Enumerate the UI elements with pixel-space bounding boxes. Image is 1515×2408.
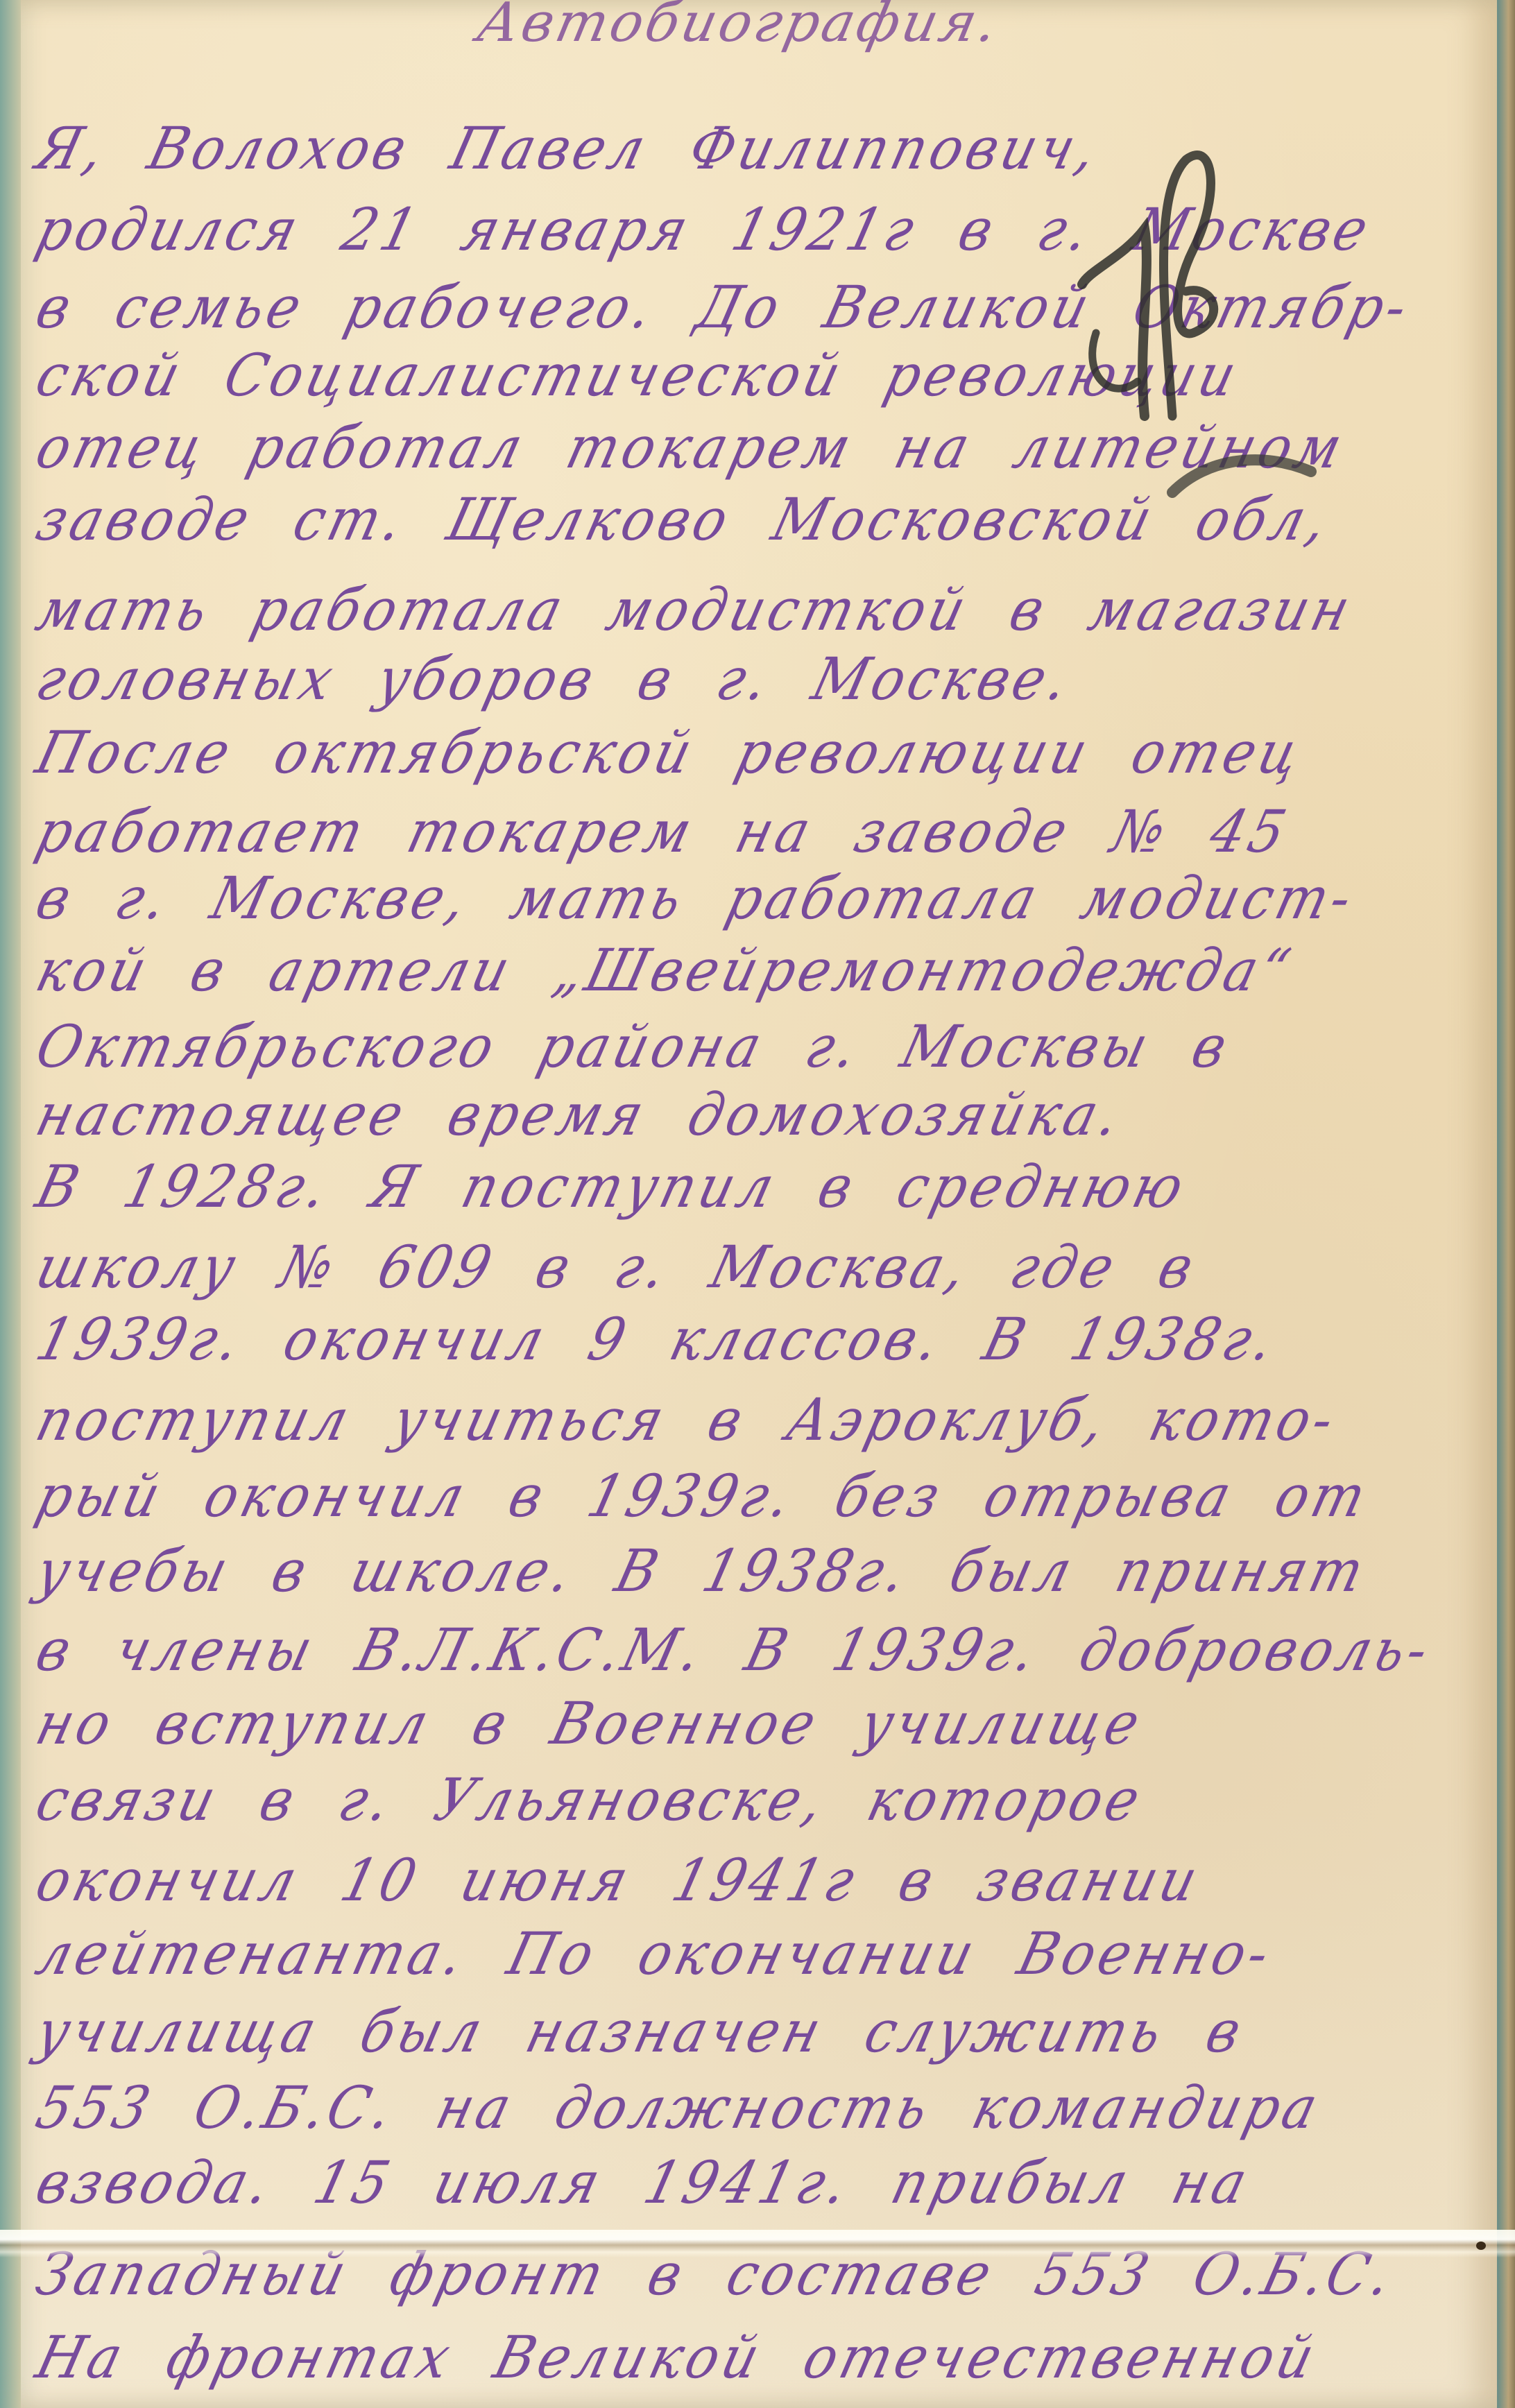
text-line: учебы в школе. В 1938г. был принят	[30, 1537, 1374, 1605]
text-line: школу № 609 в г. Москва, где в	[30, 1233, 1204, 1301]
text-line: головных уборов в г. Москве.	[30, 645, 1079, 713]
text-line: кой в артели „Швейремонтодежда“	[30, 936, 1301, 1004]
text-line: работает токарем на заводе № 45	[30, 798, 1296, 866]
text-line: но вступил в Военное училище	[30, 1689, 1150, 1757]
text-line: в члены В.Л.К.С.М. В 1939г. доброволь-	[30, 1616, 1439, 1684]
text-line: поступил учиться в Аэроклуб, кото-	[30, 1386, 1344, 1454]
text-line: мать работала модисткой в магазин	[30, 576, 1360, 644]
text-line: Октябрьского района г. Москвы в	[30, 1013, 1238, 1081]
text-line: В 1928г. Я поступил в среднюю	[30, 1153, 1194, 1221]
paper-hole	[1476, 2242, 1486, 2250]
text-line: заводе ст. Щелково Московской обл,	[30, 485, 1338, 553]
text-line: рый окончил в 1939г. без отрыва от	[30, 1462, 1376, 1530]
text-line: Я, Волохов Павел Филиппович,	[30, 114, 1107, 182]
text-line: связи в г. Ульяновске, которое	[30, 1766, 1150, 1834]
text-line: взвода. 15 июля 1941г. прибыл на	[30, 2149, 1258, 2217]
text-line: настоящее время домохозяйка.	[30, 1081, 1130, 1149]
text-line: ской Социалистической революции	[30, 341, 1247, 409]
text-line: в г. Москве, мать работала модист-	[30, 864, 1362, 932]
text-line: На фронтах Великой отечественной	[30, 2323, 1325, 2391]
pencil-page-number-mark	[1068, 111, 1228, 430]
text-line: лейтенанта. По окончании Военно-	[30, 1920, 1280, 1988]
text-line: После октябрьской революции отец	[30, 719, 1310, 786]
text-line: 1939г. окончил 9 классов. В 1938г.	[30, 1305, 1284, 1373]
paper-fold-crease	[0, 2230, 1515, 2257]
text-line: окончил 10 июня 1941г в звании	[30, 1846, 1208, 1914]
text-line: 553 О.Б.С. на должность командира	[30, 2074, 1328, 2142]
handwritten-body: Я, Волохов Павел Филиппович, родился 21 …	[0, 0, 1515, 2408]
pencil-underline-mark	[1165, 444, 1318, 499]
text-line: училища был назначен служить в	[30, 1997, 1251, 2065]
